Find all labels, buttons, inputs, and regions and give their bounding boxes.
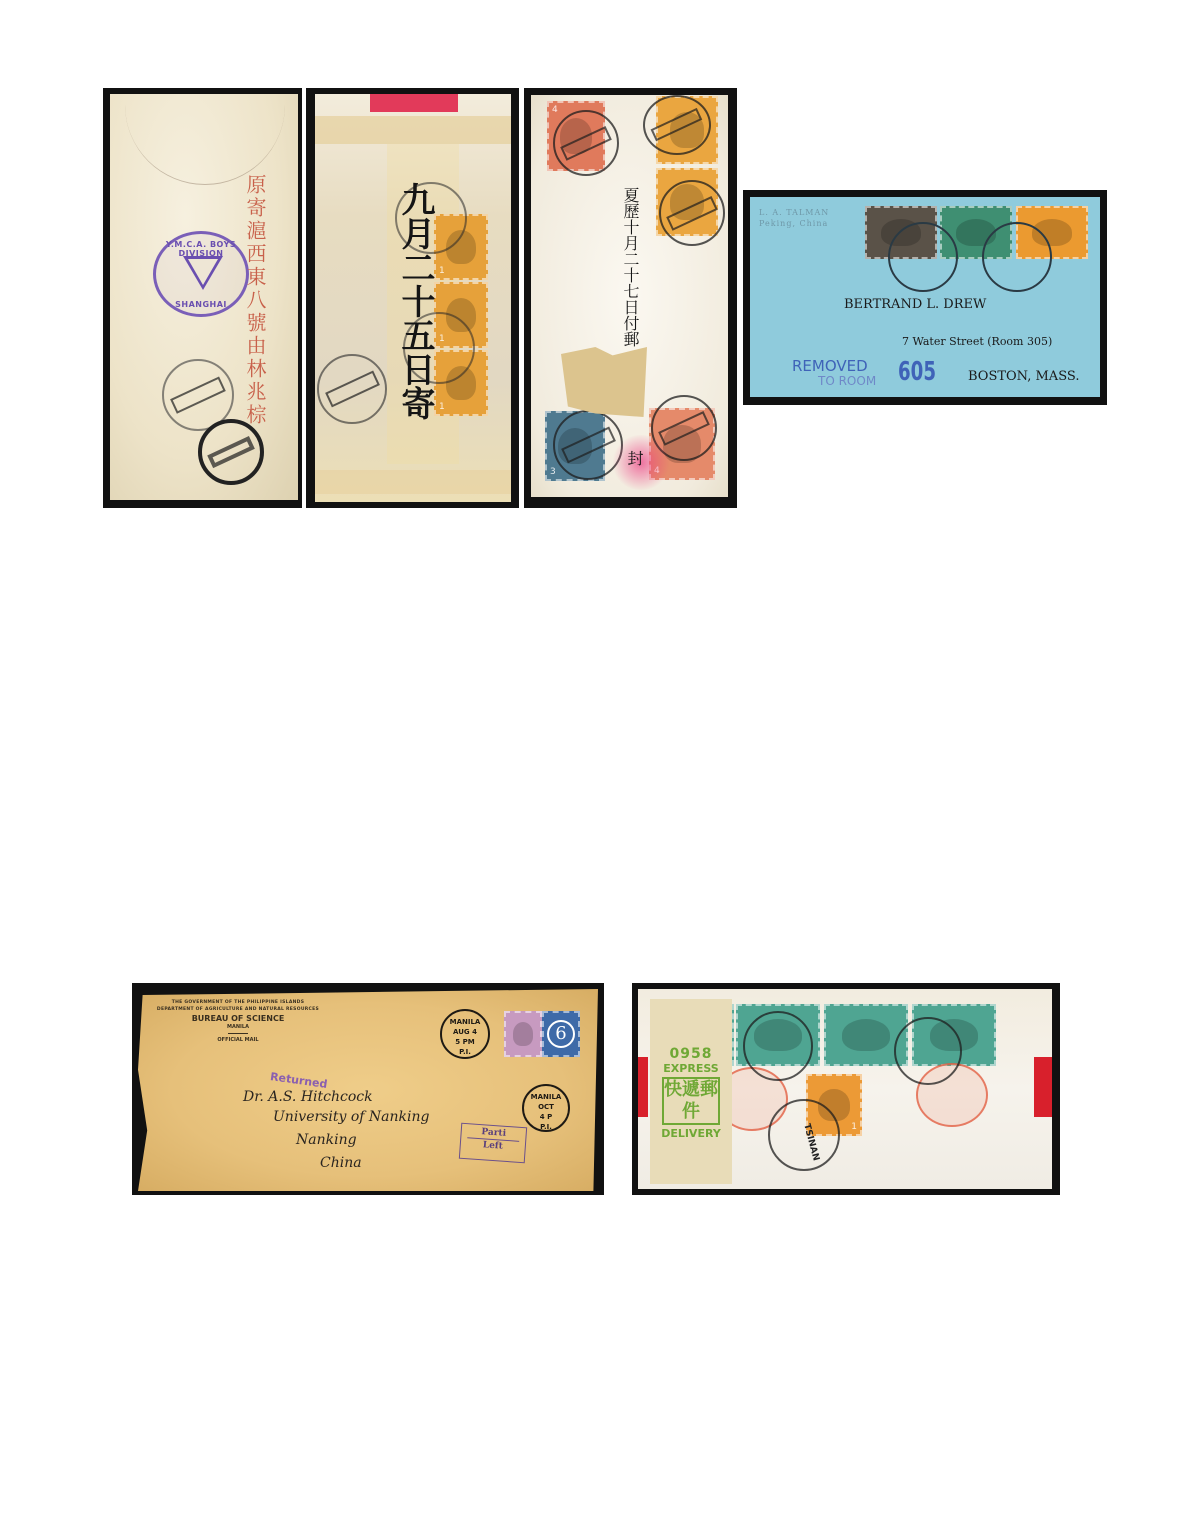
tape-band <box>315 470 511 494</box>
room-number: 605 <box>898 357 936 387</box>
letterhead-line1: THE GOVERNMENT OF THE PHILIPPINE ISLANDS <box>148 999 328 1006</box>
red-band <box>638 1057 648 1117</box>
triangle-inner <box>188 259 218 285</box>
box-handstamp: Parti Left <box>459 1123 527 1164</box>
express-number: 0958 <box>650 1046 732 1062</box>
cover-photo-dated: 4 3 4 夏歷十月二十七日付郵 封 <box>524 88 737 508</box>
sender-address: L. A. TALMAN Peking, China <box>759 207 829 229</box>
postmark-manila: MANILA AUG 4 5 PM P.I. <box>440 1009 490 1059</box>
envelope: Y.M.C.A. BOYS DIVISION SHANGHAI 原寄滬西東八號由… <box>110 94 298 500</box>
returned-handstamp: Returned <box>269 1070 328 1091</box>
envelope: 4 3 4 夏歷十月二十七日付郵 封 <box>531 95 728 497</box>
postmark <box>743 1011 813 1081</box>
envelope-flap <box>125 94 285 185</box>
letterhead-title: BUREAU OF SCIENCE <box>148 1014 328 1023</box>
address-line2: University of Nanking <box>273 1109 429 1125</box>
sender-name: L. A. TALMAN <box>759 207 829 218</box>
envelope: L. A. TALMAN Peking, China BERTRAND L. D… <box>750 197 1100 397</box>
cover-photo-express: 1 TSINAN 0958 EXPRESS 快遞郵件 DELIVERY <box>632 983 1060 1195</box>
handstamp-line1: REMOVED <box>792 357 868 375</box>
handstamp-line2: TO ROOM <box>818 374 876 388</box>
postmark <box>888 222 958 292</box>
letterhead: THE GOVERNMENT OF THE PHILIPPINE ISLANDS… <box>148 999 328 1043</box>
cover-photo-drew: L. A. TALMAN Peking, China BERTRAND L. D… <box>743 190 1107 405</box>
cover-photo-ymca: Y.M.C.A. BOYS DIVISION SHANGHAI 原寄滬西東八號由… <box>103 88 302 508</box>
envelope: 1 1 1 九月二十五日寄 <box>315 94 511 502</box>
express-delivery-label: 0958 EXPRESS 快遞郵件 DELIVERY <box>650 999 732 1184</box>
stamp <box>504 1011 542 1057</box>
postmark-manila-2: MANILA OCT 4 P P.I. <box>522 1084 570 1132</box>
divider <box>228 1033 248 1034</box>
addressee-city: BOSTON, MASS. <box>968 369 1079 384</box>
postmark <box>659 180 725 246</box>
addressee-street: 7 Water Street (Room 305) <box>902 335 1052 348</box>
letterhead-official: OFFICIAL MAIL <box>148 1037 328 1043</box>
envelope: 1 TSINAN 0958 EXPRESS 快遞郵件 DELIVERY <box>638 989 1052 1189</box>
postmark <box>894 1017 962 1085</box>
handwriting-seal: 封 <box>623 450 646 466</box>
express-word: EXPRESS <box>650 1062 732 1075</box>
red-tab <box>370 94 458 112</box>
handwriting: 原寄滬西東八號由林兆棕 <box>242 174 268 427</box>
express-label-fragment <box>561 347 647 417</box>
postmark-tsinan: TSINAN <box>768 1099 840 1171</box>
handwriting: 夏歷十月二十七日付郵 <box>621 187 639 347</box>
handwriting: 九月二十五日寄 <box>397 182 433 420</box>
delivery-word: DELIVERY <box>650 1127 732 1140</box>
tape-band <box>315 116 511 144</box>
cover-photo-strip: 1 1 1 九月二十五日寄 <box>306 88 519 508</box>
postmark <box>553 110 619 176</box>
stamp-value: 6 <box>547 1020 575 1048</box>
postmark <box>198 419 264 485</box>
letterhead-city: MANILA <box>148 1024 328 1030</box>
sender-city: Peking, China <box>759 218 829 229</box>
address-line1: Dr. A.S. Hitchcock <box>243 1089 373 1105</box>
express-chinese: 快遞郵件 <box>662 1077 720 1125</box>
ymca-seal: Y.M.C.A. BOYS DIVISION SHANGHAI <box>153 231 249 317</box>
postmark <box>643 95 711 155</box>
postmark <box>317 354 387 424</box>
seal-ring-bottom: SHANGHAI <box>156 300 246 309</box>
letterhead-line2: DEPARTMENT OF AGRICULTURE AND NATURAL RE… <box>148 1006 328 1013</box>
postmark-text: TSINAN <box>801 1123 820 1162</box>
addressee-name: BERTRAND L. DREW <box>844 297 986 312</box>
red-band <box>1034 1057 1052 1117</box>
envelope: THE GOVERNMENT OF THE PHILIPPINE ISLANDS… <box>138 989 598 1191</box>
address-line3: Nanking <box>296 1132 357 1148</box>
stamp: 6 <box>542 1011 580 1057</box>
cover-photo-manila: THE GOVERNMENT OF THE PHILIPPINE ISLANDS… <box>132 983 604 1195</box>
postmark <box>982 222 1052 292</box>
address-line4: China <box>320 1155 362 1171</box>
